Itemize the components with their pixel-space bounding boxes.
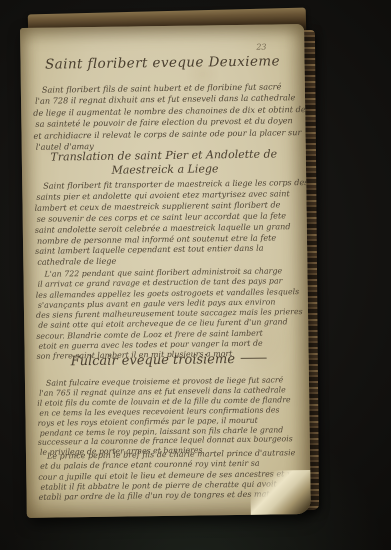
page-number: 23 (256, 43, 266, 52)
section-heading-translation: Translation de saint Pier et Andolette d… (22, 147, 306, 178)
text-line: Fulcair eveque troisieme (71, 351, 291, 369)
photo-background: 23 Saint floribert eveque Deuxieme Saint… (0, 0, 391, 550)
manuscript-page: 23 Saint floribert eveque Deuxieme Saint… (20, 24, 311, 518)
paragraph-translation: Saint floribert fit transporter de maest… (34, 177, 301, 268)
paragraph-ravage: L'an 722 pendant que saint floribert adm… (35, 266, 302, 362)
section-heading-floribert: Saint floribert eveque Deuxieme (20, 53, 304, 73)
paragraph-floribert: Saint floribert fils de saint hubert et … (33, 81, 300, 153)
page-corner-curl (250, 470, 311, 517)
section-heading-fulcair: Fulcair eveque troisieme (71, 351, 291, 369)
paragraph-fulcair: Saint fulcaire eveque troisieme et provo… (37, 375, 304, 458)
text-line: Saint floribert eveque Deuxieme (20, 53, 304, 73)
